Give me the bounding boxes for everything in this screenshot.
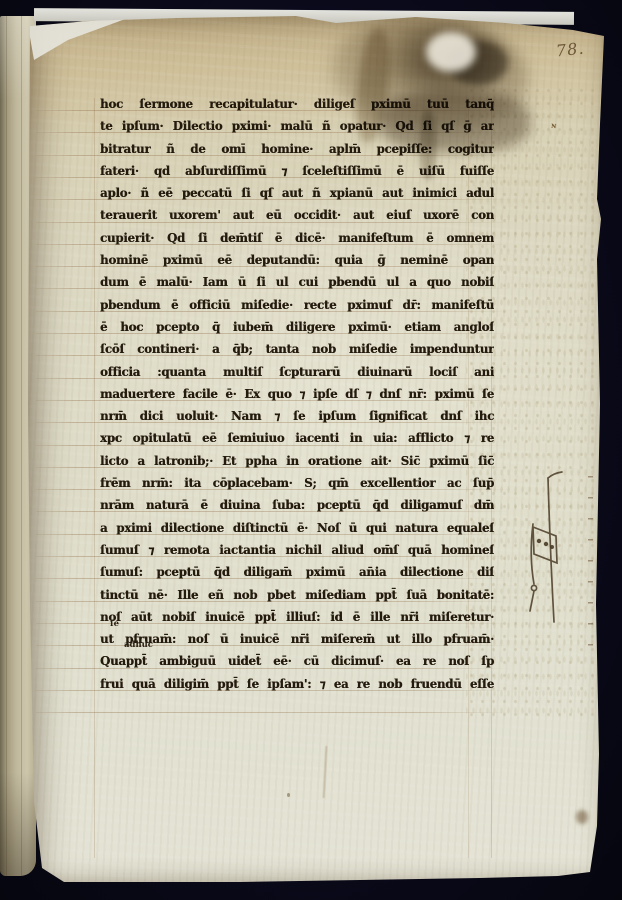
manuscript-text-line: noſ aūt nobiſ inuicē ppt̄ illiuſ: id ē i… xyxy=(100,606,494,628)
manuscript-text-line: aplo· ñ eē peccatū ſi qſ aut ñ xpianū au… xyxy=(100,182,494,204)
manuscript-text-line: maduertere facile ē· Ex quo ⁊ ipſe dſ ⁊ … xyxy=(100,383,494,405)
manuscript-text-line: ſcōſ contineri· a q̄b; tanta nob miſedie… xyxy=(100,338,494,360)
manuscript-text-line: bitratur ñ de omī homine· aplm̄ pcepiſſe… xyxy=(100,138,494,160)
manuscript-text-line: ē hoc pcepto q̄ iubem̄ diligere pximū· e… xyxy=(100,316,494,338)
margin-signature-mark: ɴ xyxy=(551,120,557,130)
manuscript-text-line: dum ē malū· Iam ū ſi ul cui pbendū ul a … xyxy=(100,271,494,293)
nota-dot-3 xyxy=(550,545,554,549)
marginal-nota-mark-drawing xyxy=(510,458,590,638)
nota-long-stem xyxy=(548,478,554,622)
manuscript-text-line: hoc ſermone recapitulatur· diligeſ pximū… xyxy=(100,93,494,115)
manuscript-text-line: te ipſum· Dilectio pximi· malū ñ opatur·… xyxy=(100,115,494,137)
nota-tail-end xyxy=(530,591,534,611)
manuscript-text-line: Quappt̄ ambiguū uidet̄ eē· cū dicimuſ· e… xyxy=(100,650,494,672)
manuscript-text-line: nrm̄ dici uoluit· Nam ⁊ ſe ipſum ſignifi… xyxy=(100,405,494,427)
manuscript-text-line: a pximi dilectione diſtinctū ē· Noſ ū qu… xyxy=(100,517,494,539)
manuscript-text-line: pbendum ē officiū miſedie· recte pximuſ … xyxy=(100,294,494,316)
manuscript-text-line: frui quā diligim̄ ppt̄ ſe ipſam': ⁊ ea r… xyxy=(100,673,494,695)
nota-dot-1 xyxy=(537,539,541,543)
ruling-line-vertical-left xyxy=(94,98,95,858)
manuscript-text-line: ſumuſ ⁊ remota iactantia nichil aliud om… xyxy=(100,539,494,561)
manuscript-text-line: hominē pximū eē deputandū: quia ḡ neminē… xyxy=(100,249,494,271)
nota-tail-circle xyxy=(531,585,536,590)
folio-number: 78. xyxy=(555,39,585,61)
manuscript-photo: { "page": { "folio_number": "78." }, "te… xyxy=(0,0,622,900)
ink-speck xyxy=(287,793,290,797)
manuscript-text-line: officia :quanta multiſ ſcpturarū diuinar… xyxy=(100,361,494,383)
manuscript-text-line: xpc opitulatū eē ſemiuiuo iacenti in uia… xyxy=(100,427,494,449)
interlinear-gloss-adhuc: adhuc xyxy=(124,641,153,650)
manuscript-text-line: terauerit uxorem' aut eū occidit· aut ei… xyxy=(100,204,494,226)
manuscript-text-line: ſumuſ: pceptū q̄d diligam̄ pximū an̄ia d… xyxy=(100,561,494,583)
ruling-line-horizontal xyxy=(36,712,510,713)
manuscript-text-line: licto a latronib;· Et ppha in oratione a… xyxy=(100,450,494,472)
interlinear-gloss-se: ſe xyxy=(110,620,119,629)
manuscript-text-line: nrām naturā ē diuina ſuba: pceptū q̄d di… xyxy=(100,494,494,516)
manuscript-text-line: fateri· qd abſurdiſſimū ⁊ ſceleſtiſſimū … xyxy=(100,160,494,182)
parchment-page: ſe adhuc hoc ſermone recapitulatur· dili… xyxy=(28,14,606,882)
nota-top-hook xyxy=(548,472,562,478)
manuscript-text-line: tinctū nē· Ille eñ nob pbet miſediam ppt… xyxy=(100,584,494,606)
nota-dot-2 xyxy=(544,542,548,546)
manuscript-text-line: frēm nrm̄: ita cōplacebam· S; qm̄ excell… xyxy=(100,472,494,494)
manuscript-text-line: cupierit· Qd ſi dem̄tiſ ē dicē· manifeſt… xyxy=(100,227,494,249)
text-block: ſe adhuc hoc ſermone recapitulatur· dili… xyxy=(100,93,494,695)
manuscript-text-line: ut pfruam̄: noſ ū inuicē nr̄i miſerem̄ u… xyxy=(100,628,494,650)
